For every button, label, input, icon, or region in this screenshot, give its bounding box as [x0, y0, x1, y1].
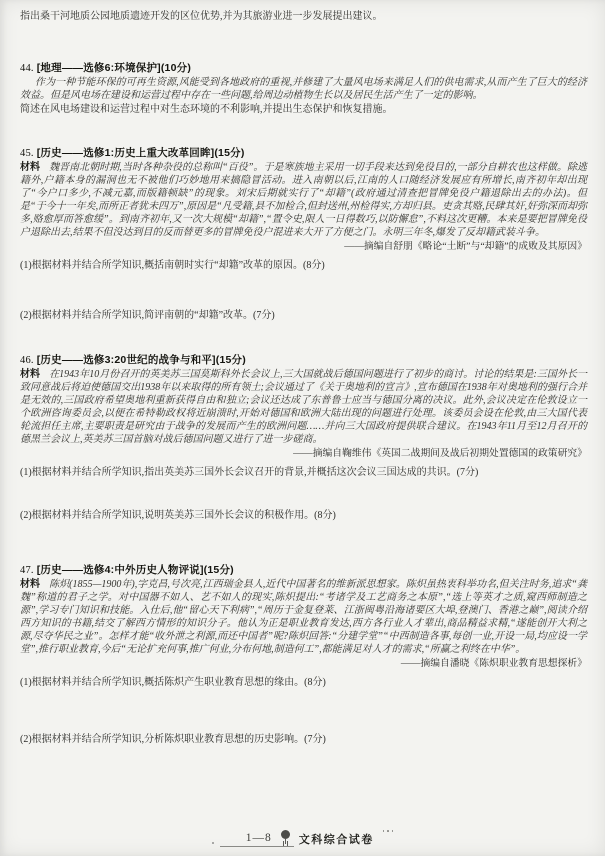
question-44-task: 简述在风电场建设和运营过程中对生态环境的不利影响,并提出生态保护和恢复措施。: [20, 103, 587, 116]
question-46-header: 46.[历史——选修3:20世纪的战争与和平](15分): [20, 354, 587, 367]
question-title: [历史——选修3:20世纪的战争与和平](15分): [37, 354, 246, 366]
material-text: 魏晋南北朝时期,当时各种杂役的总称叫“百役”。于是寒族地主采用一切手段来达到免役…: [20, 162, 587, 238]
question-46-sub-1: (1)根据材料并结合所学知识,指出英美苏三国外长会议召开的背景,并概括这次会议三…: [20, 466, 587, 479]
scan-speck: [212, 842, 214, 844]
question-44: 44.[地理——选修6:环境保护](10分) 作为一种节能环保的可再生资源,风能…: [20, 62, 587, 116]
page-footer: 1—8 文科综合试卷: [0, 830, 605, 848]
question-number: 45.: [20, 148, 34, 159]
scan-specks: [380, 830, 394, 843]
page-number-group: 1—8: [220, 830, 294, 847]
intro-line: 指出桑干河地质公园地质遗迹开发的区位优势,并为其旅游业进一步发展提出建议。: [20, 10, 587, 23]
question-45-sub-2: (2)根据材料并结合所学知识,简评南朝的“却籍”改革。(7分): [20, 309, 587, 322]
question-46: 46.[历史——选修3:20世纪的战争与和平](15分) 材料在1943年10月…: [20, 354, 587, 522]
exam-page: 指出桑干河地质公园地质遗迹开发的区位优势,并为其旅游业进一步发展提出建议。 44…: [0, 0, 605, 856]
question-46-sub-2: (2)根据材料并结合所学知识,说明英美苏三国外长会议的积极作用。(8分): [20, 509, 587, 522]
question-45-header: 45.[历史——选修1:历史上重大改革回眸](15分): [20, 147, 587, 160]
question-47-source: ——摘编自潘晓《陈炽职业教育思想探析》: [20, 657, 587, 670]
material-label: 材料: [20, 162, 40, 173]
page-number: 1—8: [246, 832, 272, 845]
question-title: [历史——选修4:中外历史人物评说](15分): [37, 564, 234, 576]
question-45-source: ——摘编自舒朋《略论“土断”与“却籍”的成败及其原因》: [20, 240, 587, 253]
person-figure-icon: [279, 830, 292, 845]
paper-title: 文科综合试卷: [299, 833, 374, 847]
question-47-header: 47.[历史——选修4:中外历史人物评说](15分): [20, 564, 587, 577]
material-label: 材料: [20, 369, 40, 380]
question-46-material: 材料在1943年10月份召开的英美苏三国莫斯科外长会议上,三大国就战后德国问题进…: [20, 368, 587, 446]
material-text: 在1943年10月份召开的英美苏三国莫斯科外长会议上,三大国就战后德国问题进行了…: [20, 369, 587, 445]
question-44-paragraph: 作为一种节能环保的可再生资源,风能受到各地政府的重视,并修建了大量风电场来满足人…: [20, 76, 587, 102]
question-47: 47.[历史——选修4:中外历史人物评说](15分) 材料陈炽(1855—190…: [20, 564, 587, 746]
question-number: 44.: [20, 63, 34, 74]
material-text: 陈炽(1855—1900年),字克昌,号次亮,江西瑞金县人,近代中国著名的维新派…: [20, 579, 587, 655]
question-44-header: 44.[地理——选修6:环境保护](10分): [20, 62, 587, 75]
question-title: [历史——选修1:历史上重大改革回眸](15分): [37, 147, 245, 159]
question-45-sub-1: (1)根据材料并结合所学知识,概括南朝时实行“却籍”改革的原因。(8分): [20, 259, 587, 272]
question-47-sub-1: (1)根据材料并结合所学知识,概括陈炽产生职业教育思想的缘由。(8分): [20, 676, 587, 689]
question-46-source: ——摘编自鞠维伟《英国二战期间及战后初期处置德国的政策研究》: [20, 447, 587, 460]
question-47-material: 材料陈炽(1855—1900年),字克昌,号次亮,江西瑞金县人,近代中国著名的维…: [20, 578, 587, 656]
question-title: [地理——选修6:环境保护](10分): [37, 62, 191, 74]
question-number: 47.: [20, 565, 34, 576]
question-45: 45.[历史——选修1:历史上重大改革回眸](15分) 材料魏晋南北朝时期,当时…: [20, 147, 587, 322]
question-number: 46.: [20, 355, 34, 366]
question-45-material: 材料魏晋南北朝时期,当时各种杂役的总称叫“百役”。于是寒族地主采用一切手段来达到…: [20, 161, 587, 239]
material-label: 材料: [20, 579, 40, 590]
question-47-sub-2: (2)根据材料并结合所学知识,分析陈炽职业教育思想的历史影响。(7分): [20, 733, 587, 746]
